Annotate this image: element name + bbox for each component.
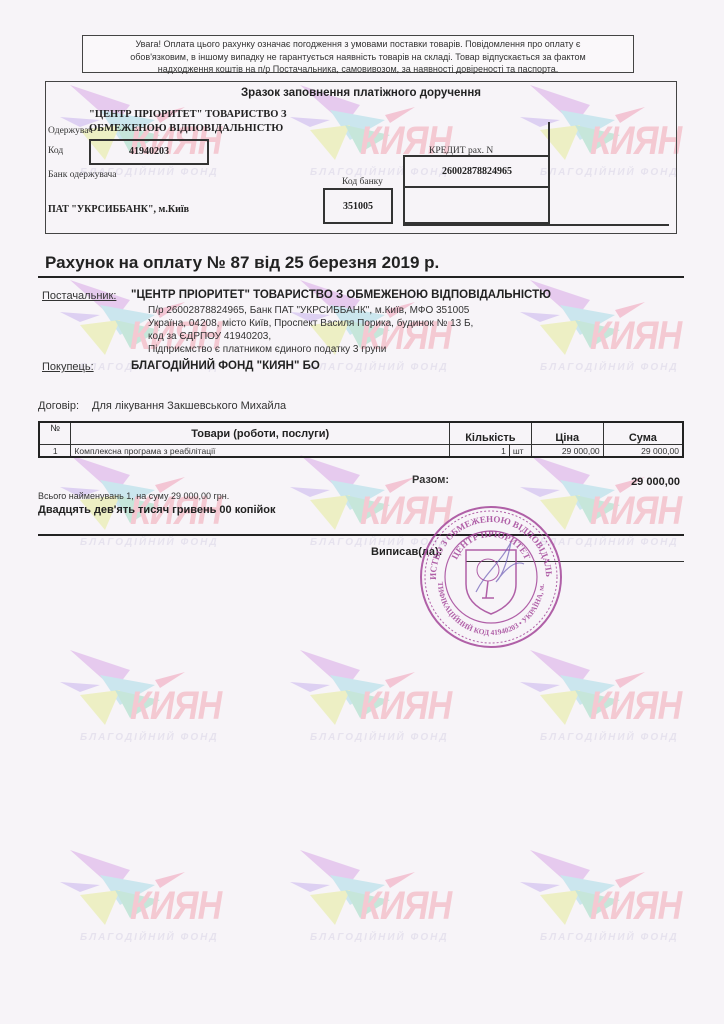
col-header-number: № bbox=[39, 422, 71, 445]
watermark-subtitle: БЛАГОДІЙНИЙ ФОНД bbox=[80, 932, 219, 943]
payment-sample-title: Зразок заповнення платіжного доручення bbox=[46, 87, 676, 99]
watermark-subtitle: БЛАГОДІЙНИЙ ФОНД bbox=[80, 732, 219, 743]
watermark-word: КИЯН bbox=[360, 884, 451, 929]
watermark-logo: КИЯНБЛАГОДІЙНИЙ ФОНД bbox=[290, 270, 480, 390]
row-goods-name: Комплексна програма з реабілітації bbox=[71, 445, 450, 458]
col-header-quantity: Кількість bbox=[449, 422, 531, 445]
watermark-word: КИЯН bbox=[130, 884, 221, 929]
col-header-goods: Товари (роботи, послуги) bbox=[71, 422, 450, 445]
watermark-subtitle: БЛАГОДІЙНИЙ ФОНД bbox=[310, 362, 449, 373]
watermark-word: КИЯН bbox=[590, 489, 681, 534]
code-box: 41940203 bbox=[89, 139, 209, 165]
credit-account-value: 26002878824965 bbox=[405, 166, 549, 177]
warning-line: обов'язковим, в іншому випадку не гарант… bbox=[89, 51, 627, 64]
supplier-detail-line: Підприємство є платником єдиного податку… bbox=[148, 344, 386, 355]
warning-line: Увага! Оплата цього рахунку означає пого… bbox=[89, 38, 627, 51]
row-quantity: 1 bbox=[449, 445, 509, 458]
company-stamp: ТОВАРИСТВО З ОБМЕЖЕНОЮ ВІДПОВІДАЛЬНІСТЮ … bbox=[416, 502, 566, 652]
total-value: 29 000,00 bbox=[631, 476, 680, 488]
table-header-row: № Товари (роботи, послуги) Кількість Цін… bbox=[39, 422, 683, 445]
bank-code-label: Код банку bbox=[342, 177, 383, 187]
supplier-label: Постачальник: bbox=[42, 290, 116, 302]
watermark-word: КИЯН bbox=[590, 314, 681, 359]
totals-divider bbox=[38, 534, 684, 536]
bank-code-box: 351005 bbox=[323, 188, 393, 224]
watermark-logo: КИЯНБЛАГОДІЙНИЙ ФОНД bbox=[290, 840, 480, 960]
bank-code-value: 351005 bbox=[325, 201, 391, 212]
buyer-name: БЛАГОДІЙНИЙ ФОНД "КИЯН" БО bbox=[131, 360, 320, 372]
credit-box-divider bbox=[405, 186, 549, 188]
stamp-seal-icon: ТОВАРИСТВО З ОБМЕЖЕНОЮ ВІДПОВІДАЛЬНІСТЮ … bbox=[416, 502, 566, 652]
watermark-logo: КИЯНБЛАГОДІЙНИЙ ФОНД bbox=[520, 640, 710, 760]
col-header-sum: Сума bbox=[603, 422, 683, 445]
supplier-detail-line: П/р 26002878824965, Банк ПАТ "УКРСИББАНК… bbox=[148, 305, 469, 316]
buyer-label: Покупець: bbox=[42, 361, 94, 373]
row-unit: шт bbox=[509, 445, 531, 458]
supplier-detail-line: Україна, 04208, місто Київ, Проспект Вас… bbox=[148, 318, 473, 329]
table-row: 1 Комплексна програма з реабілітації 1 ш… bbox=[39, 445, 683, 458]
code-value: 41940203 bbox=[91, 146, 207, 157]
credit-account-box: 26002878824965 bbox=[403, 155, 549, 224]
watermark-subtitle: БЛАГОДІЙНИЙ ФОНД bbox=[540, 362, 679, 373]
contract-value: Для лікування Закшевського Михайла bbox=[92, 400, 286, 412]
watermark-logo: КИЯНБЛАГОДІЙНИЙ ФОНД bbox=[520, 840, 710, 960]
svg-text:ЦЕНТР ПРІОРИТЕТ: ЦЕНТР ПРІОРИТЕТ bbox=[449, 529, 532, 561]
recipient-name-line1: "ЦЕНТР ПРІОРИТЕТ" ТОВАРИСТВО З bbox=[89, 109, 287, 120]
bank-name: ПАТ "УКРСИББАНК", м.Київ bbox=[48, 204, 189, 215]
watermark-word: КИЯН bbox=[590, 884, 681, 929]
invoice-title: Рахунок на оплату № 87 від 25 березня 20… bbox=[45, 253, 439, 273]
supplier-name: "ЦЕНТР ПРІОРИТЕТ" ТОВАРИСТВО З ОБМЕЖЕНОЮ… bbox=[131, 289, 551, 301]
watermark-subtitle: БЛАГОДІЙНИЙ ФОНД bbox=[310, 732, 449, 743]
svg-text:ТОВАРИСТВО З ОБМЕЖЕНОЮ ВІДПОВІ: ТОВАРИСТВО З ОБМЕЖЕНОЮ ВІДПОВІДАЛЬНІСТЮ bbox=[416, 502, 554, 580]
supplier-detail-line: код за ЄДРПОУ 41940203, bbox=[148, 331, 271, 342]
warning-line: надходження коштів на п/р Постачальника,… bbox=[89, 63, 627, 76]
watermark-subtitle: БЛАГОДІЙНИЙ ФОНД bbox=[80, 537, 219, 548]
amount-in-words: Двадцять дев'ять тисяч гривень 00 копійо… bbox=[38, 504, 276, 516]
watermark-logo: КИЯНБЛАГОДІЙНИЙ ФОНД bbox=[60, 840, 250, 960]
row-sum: 29 000,00 bbox=[603, 445, 683, 458]
watermark-word: КИЯН bbox=[130, 684, 221, 729]
items-table: № Товари (роботи, послуги) Кількість Цін… bbox=[38, 421, 684, 458]
contract-label: Договір: bbox=[38, 400, 79, 412]
watermark-subtitle: БЛАГОДІЙНИЙ ФОНД bbox=[540, 932, 679, 943]
code-label: Код bbox=[48, 146, 63, 156]
watermark-logo: КИЯНБЛАГОДІЙНИЙ ФОНД bbox=[520, 270, 710, 390]
row-number: 1 bbox=[39, 445, 71, 458]
summary-line: Всього найменувань 1, на суму 29 000,00 … bbox=[38, 491, 229, 501]
bank-label: Банк одержувача bbox=[48, 170, 117, 180]
watermark-subtitle: БЛАГОДІЙНИЙ ФОНД bbox=[540, 732, 679, 743]
watermark-word: КИЯН bbox=[590, 684, 681, 729]
col-header-price: Ціна bbox=[531, 422, 603, 445]
sample-bottom-line bbox=[403, 224, 669, 226]
credit-vertical-line bbox=[548, 122, 550, 224]
watermark-subtitle: БЛАГОДІЙНИЙ ФОНД bbox=[310, 932, 449, 943]
total-label: Разом: bbox=[412, 474, 449, 486]
recipient-label: Одержувач bbox=[48, 126, 93, 136]
watermark-logo: КИЯНБЛАГОДІЙНИЙ ФОНД bbox=[290, 640, 480, 760]
row-price: 29 000,00 bbox=[531, 445, 603, 458]
recipient-name-line2: ОБМЕЖЕНОЮ ВІДПОВІДАЛЬНІСТЮ bbox=[89, 123, 283, 134]
title-divider bbox=[38, 276, 684, 278]
payment-warning-box: Увага! Оплата цього рахунку означає пого… bbox=[82, 35, 634, 73]
watermark-word: КИЯН bbox=[360, 684, 451, 729]
payment-order-sample: Зразок заповнення платіжного доручення "… bbox=[45, 81, 677, 234]
watermark-logo: КИЯНБЛАГОДІЙНИЙ ФОНД bbox=[60, 640, 250, 760]
